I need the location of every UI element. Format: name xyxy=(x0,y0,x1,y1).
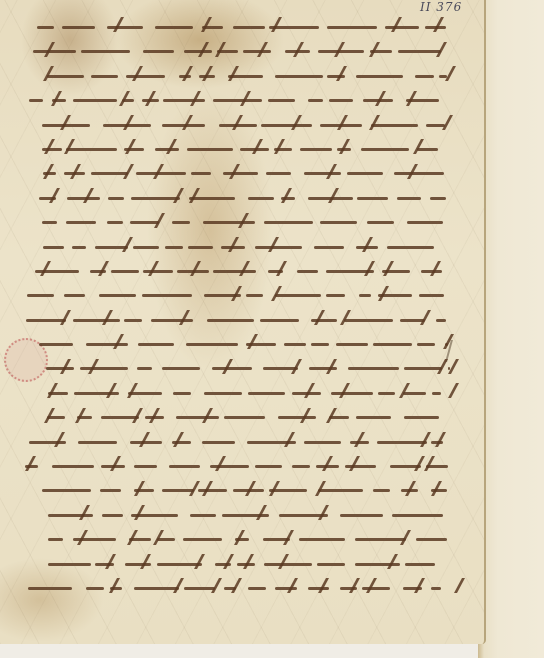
backing-board xyxy=(478,0,544,658)
script-line xyxy=(20,429,460,453)
script-line xyxy=(20,63,460,87)
bottom-background xyxy=(0,642,478,658)
script-line xyxy=(20,14,460,38)
script-line xyxy=(20,112,460,136)
script-line xyxy=(20,282,460,306)
script-line xyxy=(20,477,460,501)
script-line xyxy=(20,258,460,282)
script-line xyxy=(20,331,460,355)
script-line xyxy=(20,575,460,599)
script-line xyxy=(20,307,460,331)
script-line xyxy=(20,502,460,526)
script-line xyxy=(20,38,460,62)
script-line xyxy=(20,136,460,160)
script-line xyxy=(20,404,460,428)
script-line xyxy=(20,160,460,184)
script-line xyxy=(20,551,460,575)
script-line xyxy=(20,209,460,233)
folio-number: II 376 xyxy=(420,0,462,14)
script-line xyxy=(20,380,460,404)
script-line xyxy=(20,234,460,258)
script-line xyxy=(20,453,460,477)
script-line xyxy=(20,355,460,379)
manuscript-page: II 376 xyxy=(0,0,486,644)
script-line xyxy=(20,526,460,550)
text-block xyxy=(20,14,460,599)
script-line xyxy=(20,87,460,111)
script-line xyxy=(20,185,460,209)
